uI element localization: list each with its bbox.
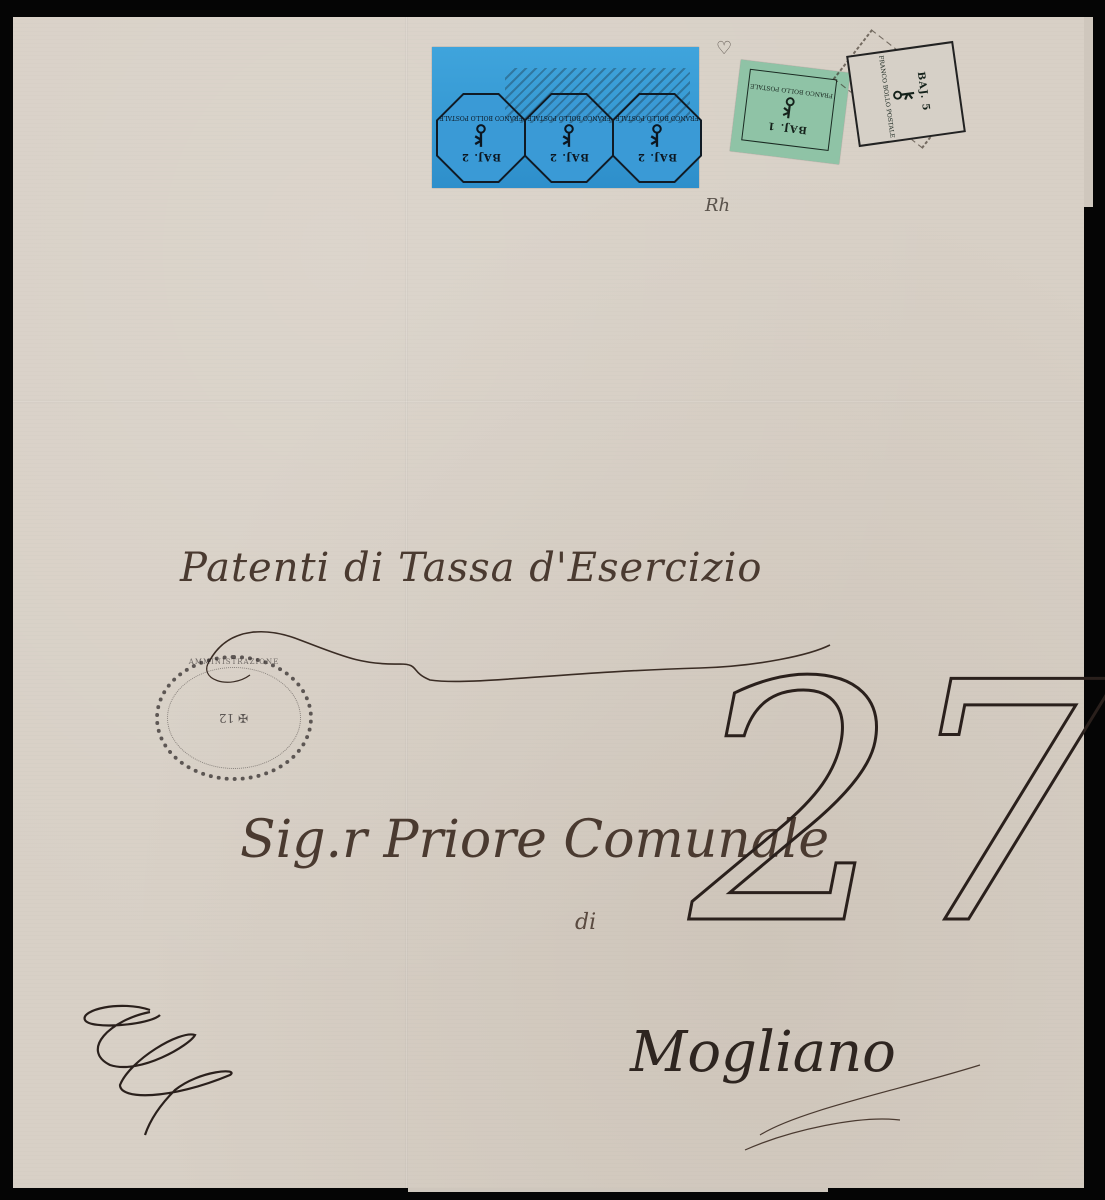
cc-flourish: [85, 1006, 232, 1135]
underline-flourish: [210, 632, 830, 682]
circular-postmark: AMMINISTRAZIONE ✠ 12: [155, 655, 313, 781]
ink-flourishes: [0, 0, 1105, 1200]
postmark-center: ✠ 12: [219, 711, 248, 725]
city-underline-flourish: [745, 1065, 980, 1150]
postmark-label: AMMINISTRAZIONE: [189, 658, 279, 666]
